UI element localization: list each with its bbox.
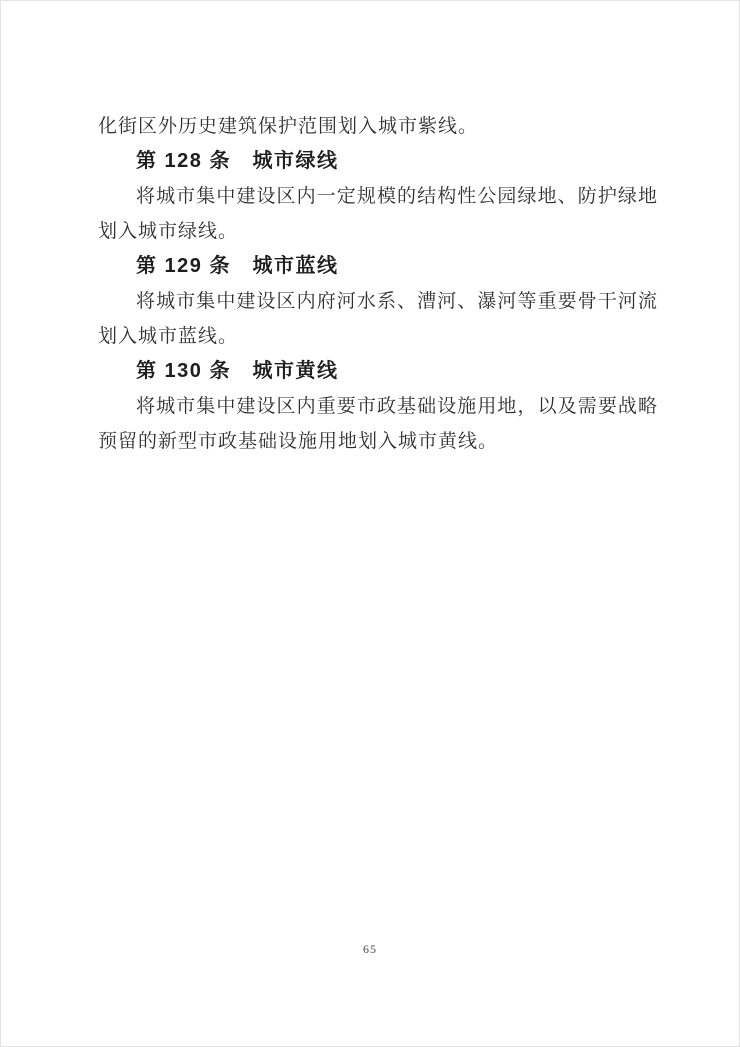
- document-page: 化街区外历史建筑保护范围划入城市紫线。 第 128 条 城市绿线 将城市集中建设…: [0, 0, 740, 1047]
- article-130-body-end: 预留的新型市政基础设施用地划入城市黄线。: [98, 424, 658, 459]
- article-129-heading: 第 129 条 城市蓝线: [98, 249, 658, 284]
- article-128-heading: 第 128 条 城市绿线: [98, 144, 658, 179]
- article-130-body-line: 将城市集中建设区内重要市政基础设施用地，以及需要战略: [98, 389, 658, 424]
- page-number: 65: [1, 942, 739, 957]
- article-129-body-end: 划入城市蓝线。: [98, 319, 658, 354]
- article-128-body-line: 将城市集中建设区内一定规模的结构性公园绿地、防护绿地: [98, 179, 658, 214]
- paragraph-line-continuation: 化街区外历史建筑保护范围划入城市紫线。: [98, 109, 658, 144]
- article-128-body-end: 划入城市绿线。: [98, 214, 658, 249]
- document-body: 化街区外历史建筑保护范围划入城市紫线。 第 128 条 城市绿线 将城市集中建设…: [98, 109, 658, 459]
- article-130-heading: 第 130 条 城市黄线: [98, 354, 658, 389]
- article-129-body-line: 将城市集中建设区内府河水系、漕河、瀑河等重要骨干河流: [98, 284, 658, 319]
